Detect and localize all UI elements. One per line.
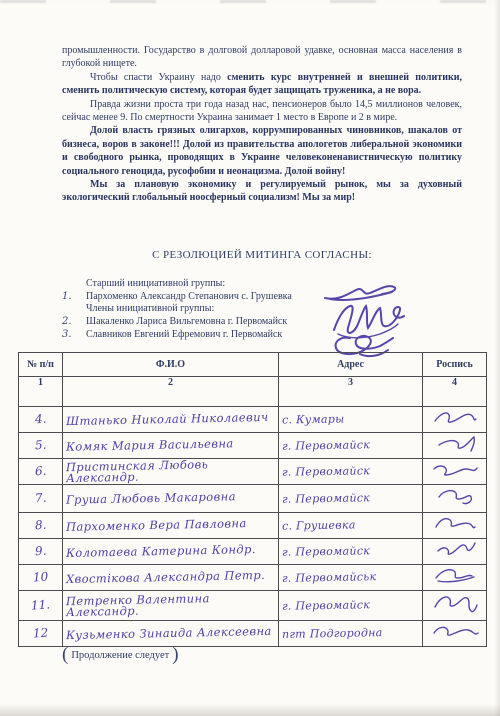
scan-top-edge-artifact [0,0,500,3]
signature-cell [423,539,487,565]
row-number: 6. [34,464,46,479]
name-cell: Хвостікова Александра Петр. [63,565,279,591]
signature-icon [430,459,480,479]
name-handwriting: Хвостікова Александра Петр. [66,569,265,584]
address-handwriting: г. Первомайск [282,464,370,479]
signature-cell [423,513,487,539]
table-row: 9. Колотаева Катерина Кондр. г. Первомай… [19,539,487,565]
address-handwriting: г. Первомайськ [282,570,377,585]
row-number-cell: 6. [19,459,63,485]
row-number: 11. [30,597,50,612]
body-paragraph: Чтобы спасти Украину надо сменить курс в… [62,71,462,98]
signature-icon [433,485,477,507]
name-handwriting: Пархоменко Вера Павловна [66,518,247,533]
table-row: 10 Хвостікова Александра Петр. г. Первом… [19,565,487,591]
address-cell: г. Первомайск [279,485,423,513]
address-handwriting: с. Кумары [282,412,345,426]
name-handwriting: Кузьменко Зинаида Алексеевна [66,625,272,640]
table-row: 8. Пархоменко Вера Павловна с. Грушевка [19,513,487,539]
signature-icon [433,433,477,453]
signature-cell [423,407,487,433]
address-handwriting: г. Первомайск [282,544,370,559]
signature-icon [432,565,478,585]
entry-text: Славников Евгений Ефремович г. Первомайс… [86,329,282,340]
row-number: 5. [34,438,46,453]
address-handwriting: г. Первомайск [282,491,370,506]
scan-right-edge-artifact [494,0,500,716]
resolution-agreement-heading: С РЕЗОЛЮЦИЕЙ МИТИНГА СОГЛАСНЫ: [62,249,462,261]
row-number-cell: 5. [19,433,63,459]
paragraph-normal-text: Чтобы спасти Украину надо [90,72,227,83]
footer-note: ( Продолжение следует ) [62,646,179,665]
resolution-body-text: промышленности. Государство в долговой д… [62,44,462,205]
column-number-cell: 2 [63,377,279,407]
entry-number: 3. [62,329,86,342]
entry-text: Шакаленко Лариса Вильгемовна г. Первомай… [86,316,287,327]
footer-text: Продолжение следует [71,650,169,661]
name-handwriting: Штанько Николай Николаевич [66,411,269,426]
signature-cell [423,591,487,621]
row-number: 12 [32,625,48,640]
address-cell: г. Первомайск [279,591,423,621]
body-paragraph: Правда жизни проста три года назад нас, … [62,98,462,125]
address-cell: г. Первомайск [279,539,423,565]
signature-cell [423,433,487,459]
table-header-cell: Адрес [279,353,423,377]
address-cell: г. Первомайськ [279,565,423,591]
address-handwriting: пгт Подгородна [282,626,383,641]
name-handwriting: Колотаева Катерина Кондр. [66,544,256,559]
body-paragraph: промышленности. Государство в долговой д… [62,44,462,71]
row-number-cell: 4. [19,407,63,433]
scanned-document-page: промышленности. Государство в долговой д… [0,0,500,716]
row-number: 9. [34,544,46,559]
table-row: 7. Груша Любовь Макаровна г. Первомайск [19,485,487,513]
column-number-cell: 3 [279,377,423,407]
entry-text: Пархоменко Александр Степанович с. Груше… [86,291,292,302]
table-header-row: № п/п Ф.И.О Адрес Роспись [19,353,487,377]
table-header-cell: Роспись [423,353,487,377]
row-number-cell: 8. [19,513,63,539]
address-cell: г. Первомайск [279,459,423,485]
name-handwriting: Петренко Валентина Александр. [66,592,275,618]
row-number-cell: 12 [19,621,63,647]
address-cell: г. Первомайск [279,433,423,459]
table-row: 4. Штанько Николай Николаевич с. Кумары [19,407,487,433]
address-handwriting: с. Грушевка [282,518,356,532]
address-cell: пгт Подгородна [279,621,423,647]
footer-paren-close: ) [172,645,178,664]
signature-icon [432,513,478,533]
signature-cell [423,459,487,485]
row-number: 10 [32,569,48,584]
name-handwriting: Пристинская Любовь Александр. [66,459,275,485]
table-row: 11. Петренко Валентина Александр. г. Пер… [19,591,487,621]
scan-bottom-edge-artifact [0,704,500,716]
row-number-cell: 7. [19,485,63,513]
table-row: 6. Пристинская Любовь Александр. г. Перв… [19,459,487,485]
column-number-cell: 4 [423,377,487,407]
footer-paren-open: ( [62,645,68,664]
table-header-cell: № п/п [19,353,63,377]
name-cell: Кузьменко Зинаида Алексеевна [63,621,279,647]
row-number: 4. [34,412,46,427]
name-cell: Пархоменко Вера Павловна [63,513,279,539]
row-number-cell: 11. [19,591,63,621]
address-cell: с. Кумары [279,407,423,433]
address-cell: с. Грушевка [279,513,423,539]
signature-icon [431,407,479,427]
signature-icon [431,591,479,615]
entry-number: 2. [62,316,86,329]
name-handwriting: Груша Любовь Макаровна [66,491,236,506]
row-number: 7. [34,491,46,506]
name-cell: Груша Любовь Макаровна [63,485,279,513]
signature-cell [423,485,487,513]
signature-icon [433,539,477,559]
name-cell: Петренко Валентина Александр. [63,591,279,621]
table-row: 12 Кузьменко Зинаида Алексеевна пгт Подг… [19,621,487,647]
column-number-cell: 1 [19,377,63,407]
row-number-cell: 9. [19,539,63,565]
signature-cell [423,565,487,591]
name-cell: Комяк Мария Васильевна [63,433,279,459]
row-number-cell: 10 [19,565,63,591]
entry-number: 1. [62,291,86,304]
name-cell: Колотаева Катерина Кондр. [63,539,279,565]
signature-icon [430,621,480,641]
signature-cell [423,621,487,647]
name-handwriting: Комяк Мария Васильевна [66,438,234,453]
address-handwriting: г. Первомайск [282,598,370,613]
body-paragraph: Долой власть грязных олигархов, коррумпи… [62,124,462,178]
name-cell: Пристинская Любовь Александр. [63,459,279,485]
row-number: 8. [34,518,46,533]
signatures-table: № п/п Ф.И.О Адрес Роспись 1 2 3 4 4. Шта… [18,352,487,647]
table-column-number-row: 1 2 3 4 [19,377,487,407]
table-header-cell: Ф.И.О [63,353,279,377]
address-handwriting: г. Первомайск [282,438,370,453]
table-row: 5. Комяк Мария Васильевна г. Первомайск [19,433,487,459]
body-paragraph: Мы за плановую экономику и регулируемый … [62,178,462,205]
name-cell: Штанько Николай Николаевич [63,407,279,433]
